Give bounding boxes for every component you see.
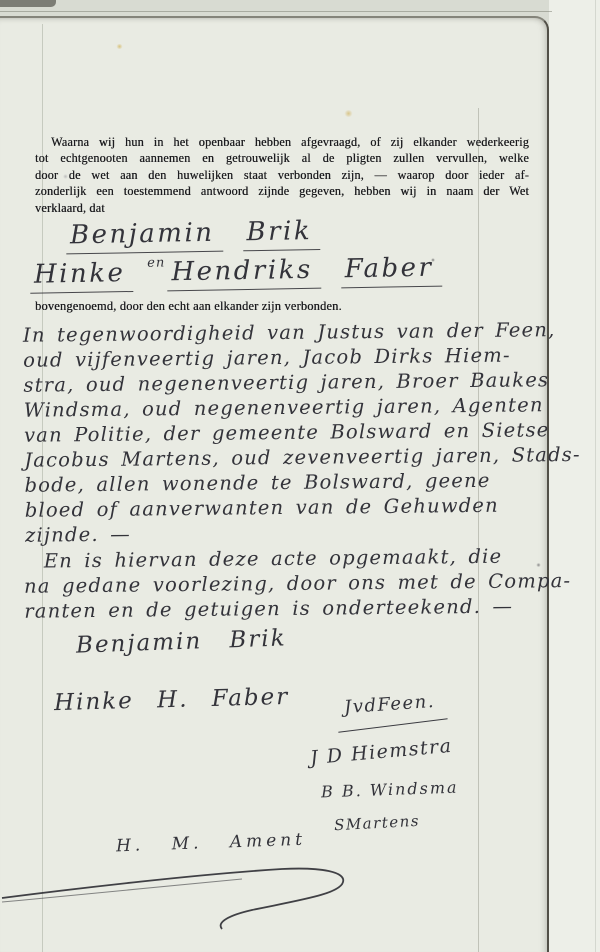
declaration-line: tot echtgenooten aannemen en getrouwelij…: [35, 150, 529, 166]
stain-speck: [344, 110, 353, 117]
bride-middle-name: Hendriks: [167, 255, 321, 292]
bride-first-name: Hinke: [30, 258, 134, 294]
bride-last-name: Faber: [340, 253, 441, 289]
groom-first-name: Benjamin: [66, 218, 223, 255]
signature-flourish: [0, 852, 362, 932]
insertion-mark: en: [147, 255, 165, 270]
closing-paragraph: En is hiervan deze acte opgemaakt, die n…: [24, 543, 547, 623]
groom-last-name: Brik: [242, 216, 320, 251]
bound-statement: bovengenoemd, door den echt aan elkander…: [35, 299, 465, 314]
declaration-line: verklaard, dat: [35, 200, 529, 216]
groom-name: BenjaminBrik: [66, 216, 341, 255]
top-edge-line: [0, 11, 552, 12]
declaration-line: Waarna wij hun in het openbaar hebben af…: [35, 134, 529, 150]
printed-declaration: Waarna wij hun in het openbaar hebben af…: [35, 134, 529, 216]
stain-speck: [116, 44, 123, 49]
adjacent-page: [549, 0, 600, 952]
declaration-line: zonderlijk een toestemmend antwoord zijn…: [35, 183, 529, 199]
corner-smudge: [0, 0, 56, 7]
adjacent-page-edge-line: [595, 0, 596, 952]
witness-paragraph: In tegenwoordigheid van Justus van der F…: [23, 317, 547, 547]
scanned-marriage-record: Waarna wij hun in het openbaar hebben af…: [0, 0, 600, 952]
declaration-line: door de wet aan den huwelijken staat ver…: [35, 167, 529, 183]
